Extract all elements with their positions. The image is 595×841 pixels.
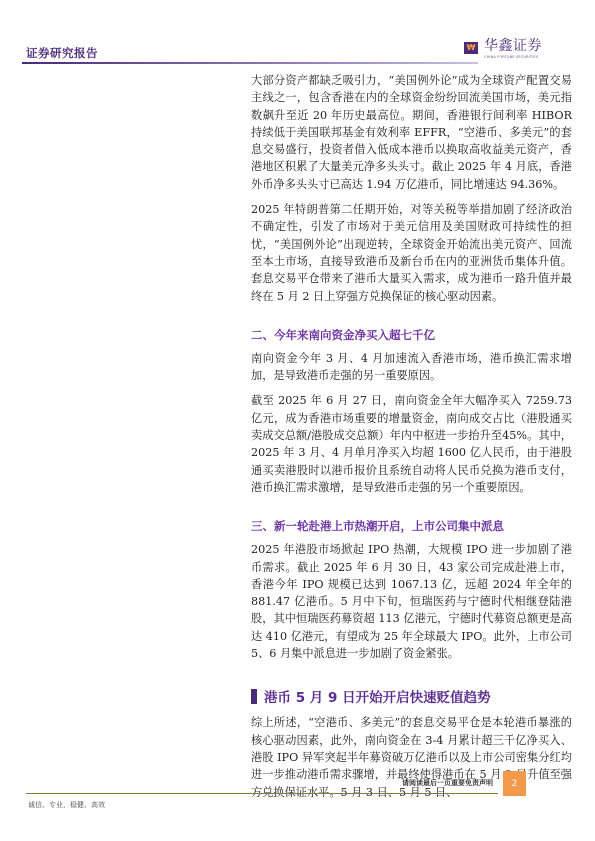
section-heading-southbound: 二、今年来南向资金净买入超七千亿 <box>251 327 572 343</box>
paragraph-southbound-intro: 南向资金今年 3 月、4 月加速流入香港市场，港币换汇需求增加，是导致港币走强的… <box>251 350 572 385</box>
logo-name-cn: 华鑫证券 <box>484 39 542 54</box>
main-heading-hkd-depreciation: 港币 5 月 9 日开始开启快速贬值趋势 <box>251 686 572 706</box>
logo-name-en: CHINA FORTUNE SECURITIES <box>484 55 542 59</box>
paragraph-ipo: 2025 年港股市场掀起 IPO 热潮，大规模 IPO 进一步加剧了港币需求。截… <box>251 541 572 662</box>
disclaimer-note: 请阅读最后一页重要免责声明 <box>402 778 493 788</box>
company-logo: ₩ 华鑫证券 CHINA FORTUNE SECURITIES <box>464 39 542 59</box>
paragraph-southbound-detail: 截至 2025 年 6 月 27 日，南向资金全年大幅净买入 7259.73 亿… <box>251 392 572 496</box>
company-motto: 诚信、专业、稳健、高效 <box>28 800 105 810</box>
heading-bar-marker <box>251 689 257 704</box>
section-heading-ipo: 三、新一轮赴港上市热潮开启，上市公司集中派息 <box>251 518 572 534</box>
logo-mark-icon: ₩ <box>464 42 478 54</box>
report-body: 大部分资产都缺乏吸引力，“美国例外论”成为全球资产配置交易主线之一，包含香港在内… <box>251 72 572 809</box>
paragraph-us-exceptionalism: 大部分资产都缺乏吸引力，“美国例外论”成为全球资产配置交易主线之一，包含香港在内… <box>251 72 572 193</box>
header-divider <box>22 62 478 64</box>
page-number-badge: 2 <box>503 771 526 796</box>
report-type-label: 证券研究报告 <box>26 45 98 61</box>
main-heading-text: 港币 5 月 9 日开始开启快速贬值趋势 <box>264 686 491 706</box>
footer-divider <box>26 793 498 794</box>
paragraph-trump-second-term: 2025 年特朗普第二任期开始，对等关税等举措加剧了经济政治不确定性，引发了市场… <box>251 201 572 305</box>
